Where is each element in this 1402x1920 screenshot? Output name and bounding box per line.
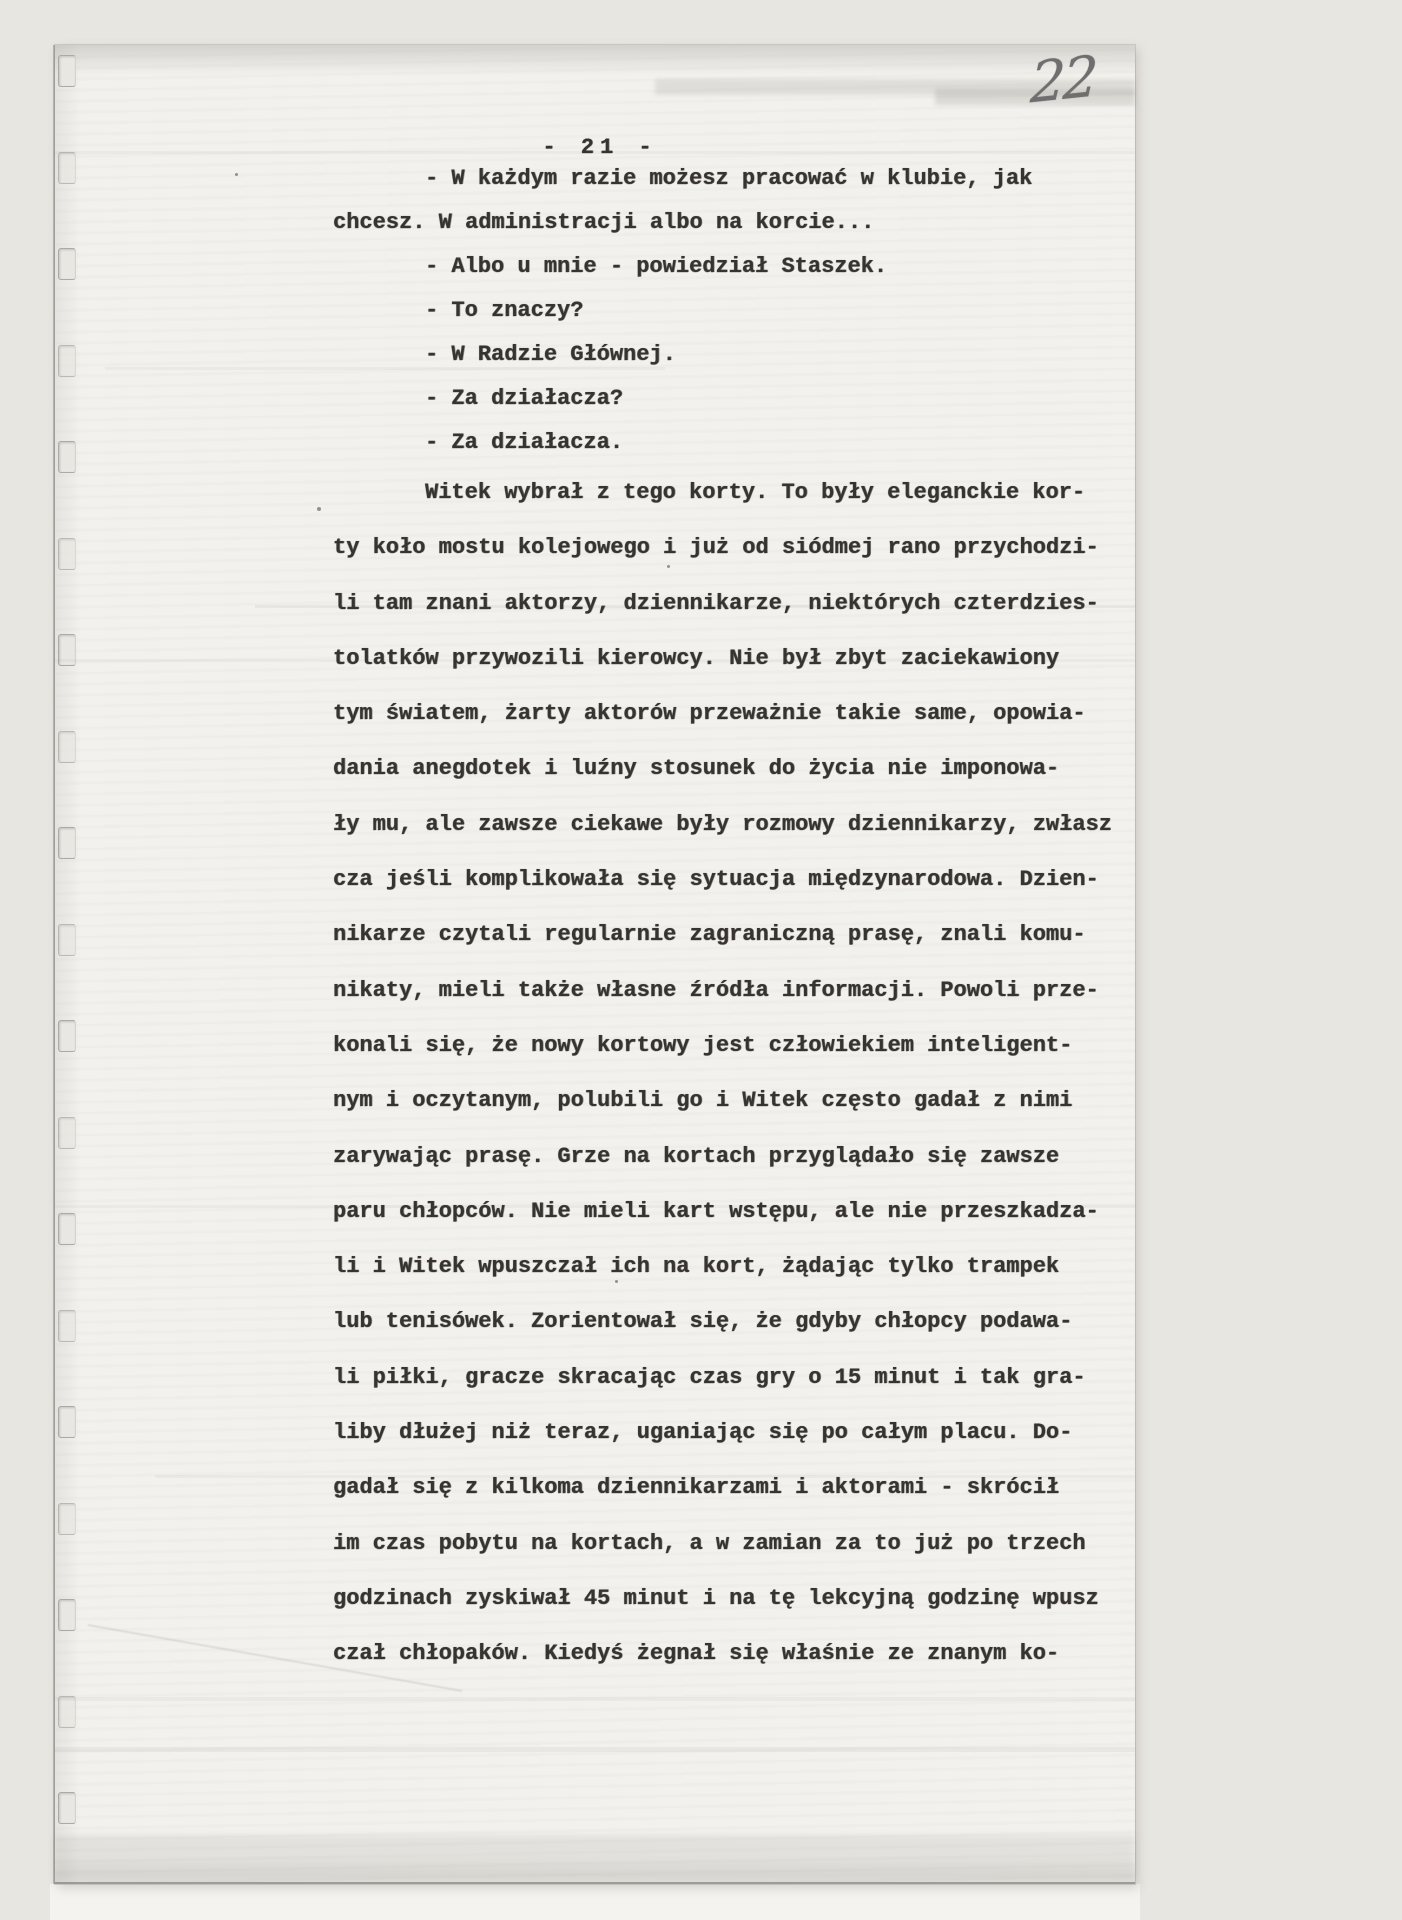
punch-hole (58, 1599, 76, 1631)
text-line: ty koło mostu kolejowego i już od siódme… (333, 520, 1133, 575)
punch-hole (58, 152, 76, 184)
scan-streak (55, 1835, 1135, 1879)
text-line: ły mu, ale zawsze ciekawe były rozmowy d… (333, 797, 1133, 852)
scan-streak (55, 1747, 1135, 1752)
text-line: - W Radzie Głównej. (333, 333, 1133, 377)
text-line: - Albo u mnie - powiedział Staszek. (333, 245, 1133, 289)
text-line: - W każdym razie możesz pracować w klubi… (333, 157, 1133, 201)
punch-hole (58, 924, 76, 956)
text-line: konali się, że nowy kortowy jest człowie… (333, 1018, 1133, 1073)
text-line: - To znaczy? (333, 289, 1133, 333)
ink-speck (317, 507, 321, 511)
text-line: li i Witek wpuszczał ich na kort, żądają… (333, 1239, 1133, 1294)
next-page-edge (50, 1884, 1140, 1920)
punch-hole (58, 345, 76, 377)
text-line: czał chłopaków. Kiedyś żegnał się właśni… (333, 1626, 1133, 1681)
text-line: nikarze czytali regularnie zagraniczną p… (333, 907, 1133, 962)
scanned-page: 22 - 21 - - W każdym razie możesz pracow… (55, 45, 1135, 1884)
photographed-scan-background: 22 - 21 - - W każdym razie możesz pracow… (0, 0, 1402, 1920)
text-line: li piłki, gracze skracając czas gry o 15… (333, 1350, 1133, 1405)
punch-hole (58, 1406, 76, 1438)
handwritten-page-number: 22 (1029, 38, 1151, 121)
text-line: nikaty, mieli także własne źródła inform… (333, 963, 1133, 1018)
punch-hole (58, 1310, 76, 1342)
punch-hole (58, 55, 76, 87)
text-line: tolatków przywozili kierowcy. Nie był zb… (333, 631, 1133, 686)
text-line: godzinach zyskiwał 45 minut i na tę lekc… (333, 1571, 1133, 1626)
punch-hole (58, 1503, 76, 1535)
scan-streak (55, 1697, 1135, 1701)
punch-hole (58, 827, 76, 859)
text-line: nym i oczytanym, polubili go i Witek czę… (333, 1073, 1133, 1128)
typed-text-block: - W każdym razie możesz pracować w klubi… (333, 157, 1133, 1682)
punch-hole (58, 538, 76, 570)
text-line: - Za działacza. (333, 421, 1133, 465)
punch-hole (58, 1020, 76, 1052)
punch-hole (58, 441, 76, 473)
text-line: lub tenisówek. Zorientował się, że gdyby… (333, 1294, 1133, 1349)
text-line: zarywając prasę. Grze na kortach przyglą… (333, 1129, 1133, 1184)
ink-speck (235, 173, 238, 176)
text-line: Witek wybrał z tego korty. To były elega… (333, 465, 1133, 520)
text-line: im czas pobytu na kortach, a w zamian za… (333, 1516, 1133, 1571)
text-line: gadał się z kilkoma dziennikarzami i akt… (333, 1460, 1133, 1515)
text-line: chcesz. W administracji albo na korcie..… (333, 201, 1133, 245)
text-line: liby dłużej niż teraz, uganiając się po … (333, 1405, 1133, 1460)
text-line: tym światem, żarty aktorów przeważnie ta… (333, 686, 1133, 741)
punch-hole (58, 1792, 76, 1824)
text-line: - Za działacza? (333, 377, 1133, 421)
punch-hole (58, 1213, 76, 1245)
text-line: cza jeśli komplikowała się sytuacja międ… (333, 852, 1133, 907)
punch-hole (58, 248, 76, 280)
punch-hole (58, 1117, 76, 1149)
punch-hole (58, 731, 76, 763)
text-line: paru chłopców. Nie mieli kart wstępu, al… (333, 1184, 1133, 1239)
text-line: li tam znani aktorzy, dziennikarze, niek… (333, 576, 1133, 631)
text-line: dania anegdotek i luźny stosunek do życi… (333, 741, 1133, 796)
